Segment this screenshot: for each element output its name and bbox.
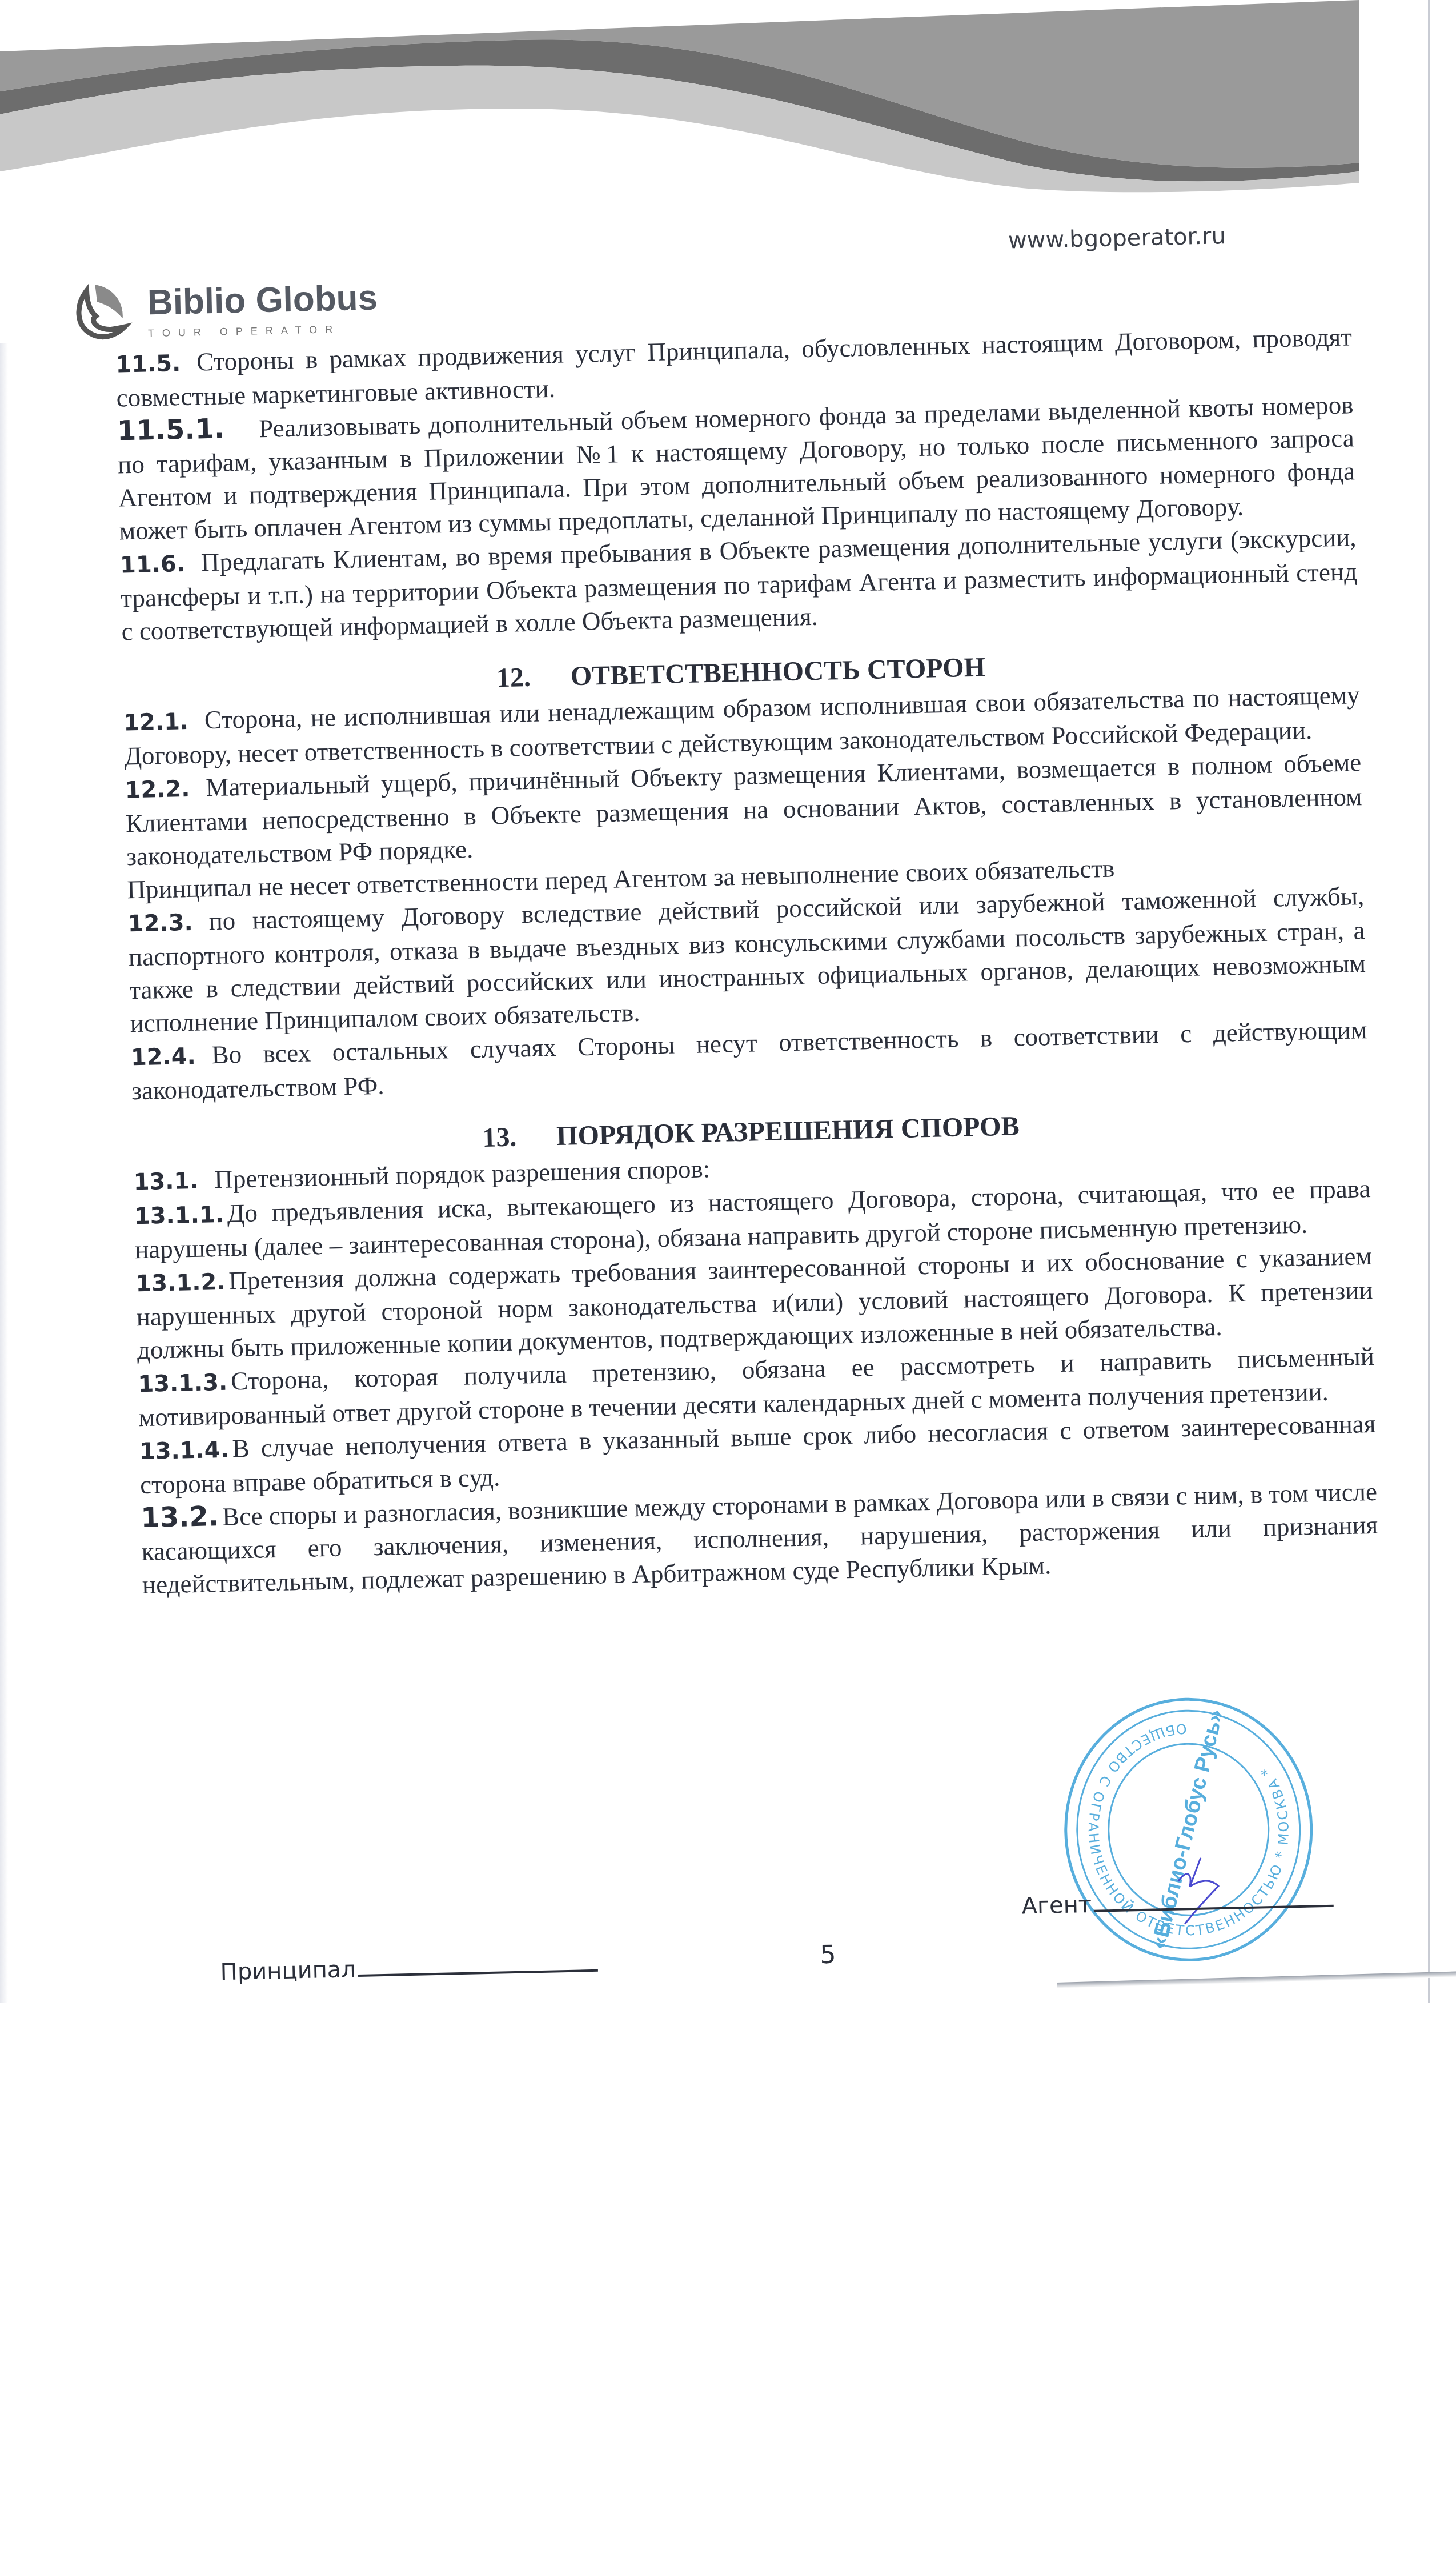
agent-signature-field: [1094, 1905, 1334, 1912]
clause-11-5-1: 11.5.1.Реализовывать дополнительный объе…: [117, 387, 1356, 547]
document-body: 11.5.Стороны в рамках продвижения услуг …: [115, 320, 1379, 1601]
scanned-page: Biblio Globus TOUR OPERATOR www.bgoperat…: [0, 0, 1456, 2003]
brand-name: Biblio Globus: [147, 280, 378, 321]
brand-tagline: TOUR OPERATOR: [148, 322, 378, 339]
brand-logo: Biblio Globus TOUR OPERATOR: [69, 273, 378, 349]
company-seal-stamp: ОБЩЕСТВО С ОГРАНИЧЕННОЙ ОТВЕТСТВЕННОСТЬЮ…: [1054, 1689, 1323, 1969]
page-number: 5: [820, 1940, 836, 1970]
rotated-scan-content: Biblio Globus TOUR OPERATOR www.bgoperat…: [0, 0, 1456, 2018]
website-link[interactable]: www.bgoperator.ru: [1008, 223, 1226, 254]
biblio-globus-logo-icon: [69, 278, 139, 349]
principal-signature-field: [358, 1969, 598, 1977]
clause-12-3: 12.3.по настоящему Договору вследствие д…: [127, 879, 1367, 1040]
principal-signature-line: Принципал: [220, 1951, 598, 1985]
